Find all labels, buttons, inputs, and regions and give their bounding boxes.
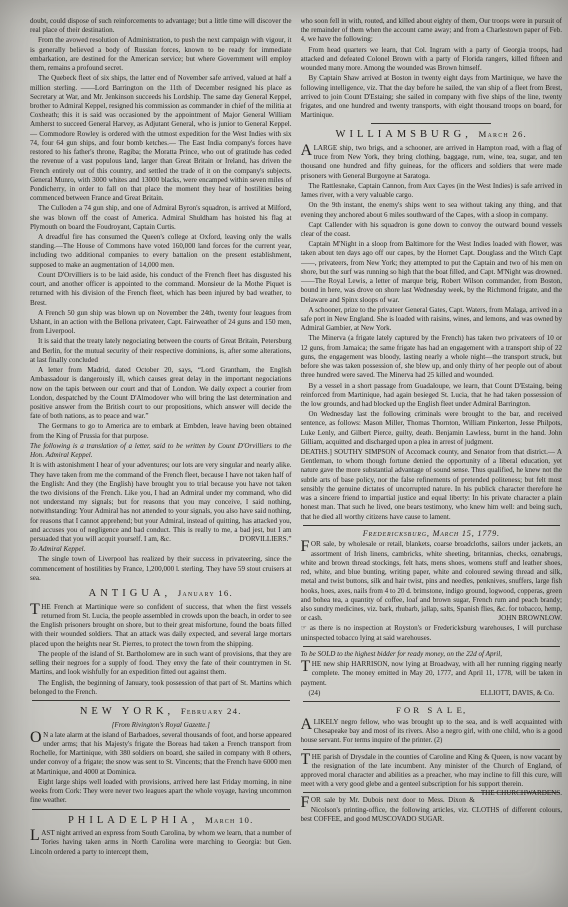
heading-date: March 10. xyxy=(205,815,254,825)
news-paragraph: From head quarters we learn, that Col. I… xyxy=(301,46,563,74)
signature: JOHN BROWNLOW. xyxy=(492,614,562,623)
paragraph-text: The Quebeck fleet of six ships, the latt… xyxy=(30,74,292,202)
paragraph-text: On Wednesday last the following criminal… xyxy=(301,410,563,446)
divider-rule xyxy=(303,525,561,526)
section-heading: ANTIGUA, January 16. xyxy=(30,587,292,601)
drop-cap: L xyxy=(30,830,40,843)
paragraph-text: Capt Callender with his squadron is gone… xyxy=(301,221,563,238)
news-paragraph-dropcap: FOR sale, by wholesale or retail, blanke… xyxy=(301,540,563,623)
heading-date: February 24. xyxy=(181,706,242,716)
news-paragraph: The Germans to go to America are to emba… xyxy=(30,422,292,440)
heading-place: NEW YORK, xyxy=(80,706,174,717)
paragraph-text: A dreadful fire has consumed the Queen's… xyxy=(30,233,292,269)
news-paragraph: On Wednesday last the following criminal… xyxy=(301,410,563,447)
paragraph-text: who soon fell in with, routed, and kille… xyxy=(301,17,563,43)
news-paragraph: A dreadful fire has consumed the Queen's… xyxy=(30,233,292,270)
news-paragraph-dropcap: LAST night arrived an express from South… xyxy=(30,829,292,857)
news-paragraph-dropcap: FOR sale by Mr. Dubois next door to Mess… xyxy=(301,796,563,824)
news-paragraph: The Minerva (a frigate lately captured b… xyxy=(301,334,563,380)
paragraph-text: Count D'Orvilliers is to be laid aside, … xyxy=(30,271,292,307)
paragraph-text: The people of the island of St. Bartholo… xyxy=(30,650,292,676)
paragraph-text: A French 50 gun ship was blown up on Nov… xyxy=(30,309,292,335)
paragraph-text: To Admiral Keppel. xyxy=(30,545,85,553)
news-paragraph: doubt, could dispose of such reinforceme… xyxy=(30,17,292,35)
paragraph-text: From the avowed resolution of Administra… xyxy=(30,36,292,72)
news-paragraph: Count D'Orvilliers is to be laid aside, … xyxy=(30,271,292,308)
news-paragraph-dropcap: ALIKELY negro fellow, who was brought up… xyxy=(301,718,563,746)
paragraph-text: The single town of Liverpool has realize… xyxy=(30,555,292,581)
news-paragraph: A letter from Madrid, dated October 20, … xyxy=(30,366,292,421)
paragraph-text: N a late alarm at the island of Barbadoe… xyxy=(30,731,292,776)
news-paragraph: ☞ as there is no inspection at Royston's… xyxy=(301,624,563,642)
paragraph-text: The Germans to go to America are to emba… xyxy=(30,422,292,439)
divider-rule xyxy=(32,809,290,810)
section-heading: FOR S A L E, xyxy=(301,705,563,716)
news-paragraph: The following is a translation of a lett… xyxy=(30,442,292,460)
news-paragraph-dropcap: THE French at Martinique were so confide… xyxy=(30,603,292,649)
news-paragraph-dropcap: THE new ship HARRISON, now lying at Broa… xyxy=(301,660,563,688)
section-heading: WILLIAMSBURG, March 26. xyxy=(301,128,563,142)
news-paragraph: By Captain Shaw arrived at Boston in twe… xyxy=(301,74,563,120)
paragraph-text: On the 9th instant, the enemy's ships we… xyxy=(301,201,563,218)
paragraph-text: Eight large ships well loaded with provi… xyxy=(30,778,292,804)
paragraph-text: HE French at Martinique were so confiden… xyxy=(30,603,292,648)
drop-cap: F xyxy=(301,797,310,810)
news-paragraph: The people of the island of St. Bartholo… xyxy=(30,650,292,678)
right-column: who soon fell in with, routed, and kille… xyxy=(301,17,563,903)
paragraph-text: LIKELY negro fellow, who was brought up … xyxy=(301,718,563,744)
heading-place: FOR xyxy=(396,705,422,715)
news-paragraph: From the avowed resolution of Administra… xyxy=(30,36,292,73)
paragraph-text: The English, the beginning of January, t… xyxy=(30,679,292,696)
news-paragraph: The Rattlesnake, Captain Cannon, from Au… xyxy=(301,182,563,200)
drop-cap: F xyxy=(301,541,310,554)
paragraph-text: From head quarters we learn, that Col. I… xyxy=(301,46,563,72)
news-paragraph: who soon fell in with, routed, and kille… xyxy=(301,17,563,45)
paragraph-text: The Culloden a 74 gun ship, and one of A… xyxy=(30,204,292,230)
drop-cap: T xyxy=(301,661,311,674)
news-paragraph: Eight large ships well loaded with provi… xyxy=(30,778,292,806)
paragraph-text: [From Rivington's Royal Gazette.] xyxy=(112,721,210,729)
news-paragraph: The single town of Liverpool has realize… xyxy=(30,555,292,583)
section-heading: NEW YORK, February 24. xyxy=(30,705,292,719)
left-column: doubt, could dispose of such reinforceme… xyxy=(30,17,292,903)
ad-number: (24) xyxy=(309,689,321,698)
news-paragraph: The Culloden a 74 gun ship, and one of A… xyxy=(30,204,292,232)
news-paragraph: A French 50 gun ship was blown up on Nov… xyxy=(30,309,292,337)
paragraph-text: The Minerva (a frigate lately captured b… xyxy=(301,334,563,379)
news-paragraph: Capt Callender with his squadron is gone… xyxy=(301,221,563,239)
paragraph-text: HE parish of Drysdale in the counties of… xyxy=(301,753,563,789)
dateline-heading: Fredericksburg, March 15, 1779. xyxy=(301,529,563,540)
news-paragraph: By a vessel in a short passage from Guad… xyxy=(301,382,563,410)
paragraph-text: A letter from Madrid, dated October 20, … xyxy=(30,366,292,420)
divider-rule xyxy=(32,700,290,701)
paragraph-text: LARGE ship, two brigs, and a schooner, a… xyxy=(301,144,563,180)
signature: D'ORVILLIERS.” xyxy=(233,535,291,544)
news-paragraph: To be SOLD to the highest bidder for rea… xyxy=(301,650,563,659)
news-paragraph-dropcap: ON a late alarm at the island of Barbado… xyxy=(30,731,292,777)
heading-date: January 16. xyxy=(178,588,233,598)
news-paragraph: DEATHS.] SOUTHY SIMPSON of Accomack coun… xyxy=(301,448,563,522)
paragraph-text: The Rattlesnake, Captain Cannon, from Au… xyxy=(301,182,563,199)
paragraph-text: Captain M'Night in a sloop from Baltimor… xyxy=(301,240,563,303)
news-paragraph: The Quebeck fleet of six ships, the latt… xyxy=(30,74,292,203)
news-paragraph: A schooner, prize to the privateer Gener… xyxy=(301,306,563,334)
news-paragraph: Captain M'Night in a sloop from Baltimor… xyxy=(301,240,563,305)
news-paragraph: The English, the beginning of January, t… xyxy=(30,679,292,697)
divider-rule xyxy=(371,123,491,124)
dateline-text: Fredericksburg, March 15, 1779. xyxy=(363,529,500,538)
paragraph-text: By Captain Shaw arrived at Boston in twe… xyxy=(301,74,563,119)
news-paragraph-dropcap: ALARGE ship, two brigs, and a schooner, … xyxy=(301,144,563,181)
paragraph-text: OR sale, by wholesale or retail, blanket… xyxy=(301,540,563,622)
newspaper-page: doubt, could dispose of such reinforceme… xyxy=(0,0,568,907)
divider-rule xyxy=(303,701,561,702)
paragraph-text: AST night arrived an express from South … xyxy=(30,829,292,855)
heading-date: S A L E, xyxy=(427,705,466,715)
paragraph-text: HE new ship HARRISON, now lying at Broad… xyxy=(301,660,563,686)
paragraph-text: To be SOLD to the highest bidder for rea… xyxy=(301,650,503,658)
paragraph-text: The following is a translation of a lett… xyxy=(30,442,292,459)
news-paragraph: It is said that the treaty lately negoci… xyxy=(30,337,292,365)
drop-cap: A xyxy=(301,719,313,732)
news-paragraph: To Admiral Keppel. xyxy=(30,545,292,554)
drop-cap: A xyxy=(301,145,313,158)
heading-place: ANTIGUA, xyxy=(89,588,171,599)
section-heading: PHILADELPHIA, March 10. xyxy=(30,814,292,828)
drop-cap: O xyxy=(30,732,42,745)
paragraph-text: It is with astonishment I hear of your a… xyxy=(30,461,292,543)
divider-rule xyxy=(303,646,561,647)
paragraph-text: doubt, could dispose of such reinforceme… xyxy=(30,17,292,34)
paragraph-text: ☞ as there is no inspection at Royston's… xyxy=(301,624,563,641)
paragraph-text: DEATHS.] SOUTHY SIMPSON of Accomack coun… xyxy=(301,448,563,521)
news-paragraph: It is with astonishment I hear of your a… xyxy=(30,461,292,544)
divider-rule xyxy=(303,749,561,750)
page-columns: doubt, could dispose of such reinforceme… xyxy=(30,17,563,903)
heading-date: March 26. xyxy=(478,129,527,139)
paragraph-text: OR sale by Mr. Dubois next door to Mess.… xyxy=(301,796,563,822)
paragraph-text: It is said that the treaty lately negoci… xyxy=(30,337,292,363)
drop-cap: T xyxy=(301,754,311,767)
paragraph-text: A schooner, prize to the privateer Gener… xyxy=(301,306,563,332)
signature-row: (24)ELLIOTT, DAVIS, & Co. xyxy=(301,689,563,698)
signature: ELLIOTT, DAVIS, & Co. xyxy=(480,689,554,698)
news-paragraph-dropcap: THE parish of Drysdale in the counties o… xyxy=(301,753,563,790)
heading-place: PHILADELPHIA, xyxy=(68,815,198,826)
paragraph-text: By a vessel in a short passage from Guad… xyxy=(301,382,563,408)
news-paragraph: On the 9th instant, the enemy's ships we… xyxy=(301,201,563,219)
heading-place: WILLIAMSBURG, xyxy=(336,129,472,140)
news-paragraph: [From Rivington's Royal Gazette.] xyxy=(30,721,292,730)
drop-cap: T xyxy=(30,604,40,617)
signature: THE CHURCHWARDENS. xyxy=(475,789,562,798)
